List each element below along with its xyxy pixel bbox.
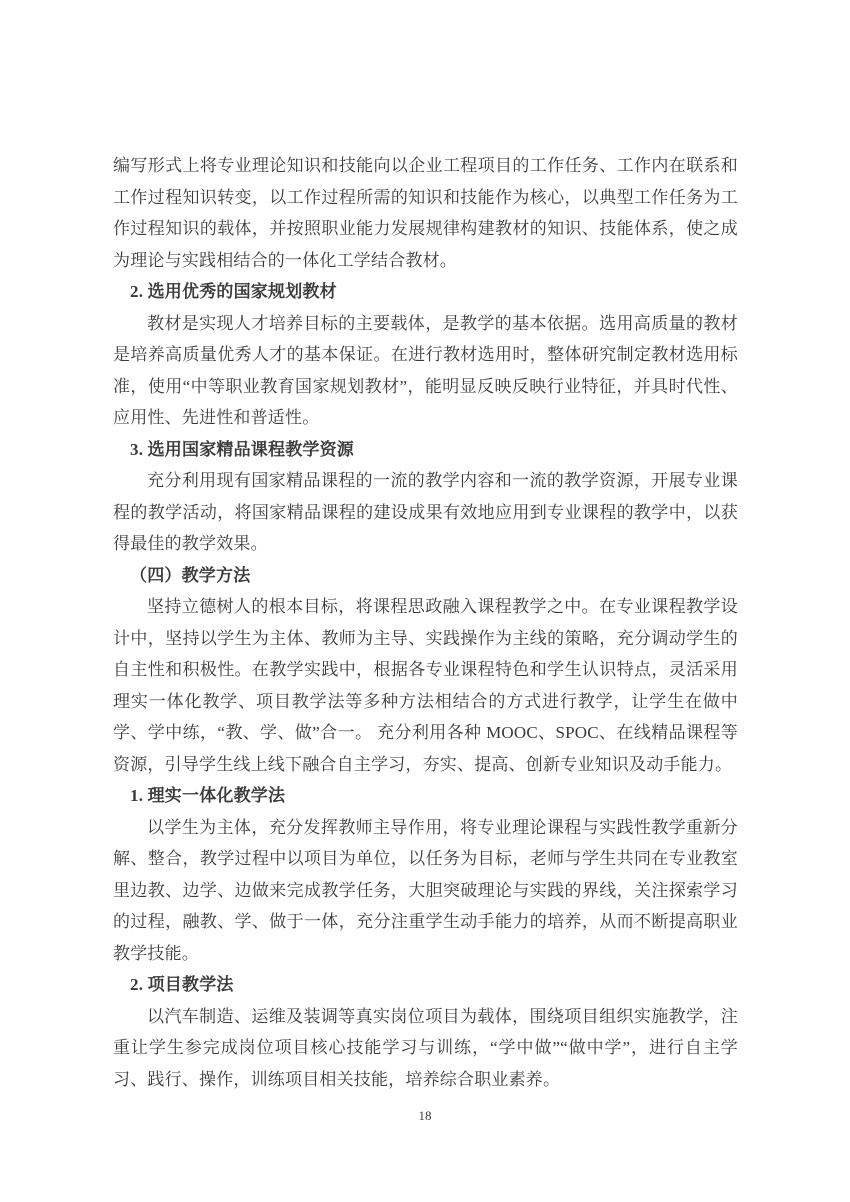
page-footer: 18	[0, 1107, 850, 1125]
document-page: 编写形式上将专业理论知识和技能向以企业工程项目的工作任务、工作内在联系和工作过程…	[0, 0, 850, 1202]
section-heading-teaching-methods: （四）教学方法	[113, 560, 738, 592]
section-heading-national-planned-textbooks: 2. 选用优秀的国家规划教材	[113, 276, 738, 308]
body-paragraph: 教材是实现人才培养目标的主要载体，是教学的基本依据。选用高质量的教材是培养高质量…	[113, 308, 738, 434]
body-paragraph: 充分利用现有国家精品课程的一流的教学内容和一流的教学资源，开展专业课程的教学活动…	[113, 465, 738, 560]
section-heading-theory-practice-integrated-method: 1. 理实一体化教学法	[113, 780, 738, 812]
body-paragraph: 以汽车制造、运维及装调等真实岗位项目为载体，围绕项目组织实施教学，注重让学生参完…	[113, 1001, 738, 1096]
section-heading-project-teaching-method: 2. 项目教学法	[113, 969, 738, 1001]
section-heading-national-quality-course-resources: 3. 选用国家精品课程教学资源	[113, 434, 738, 466]
body-paragraph: 以学生为主体，充分发挥教师主导作用，将专业理论课程与实践性教学重新分解、整合，教…	[113, 812, 738, 970]
body-paragraph: 坚持立德树人的根本目标，将课程思政融入课程教学之中。在专业课程教学设计中，坚持以…	[113, 591, 738, 780]
body-paragraph: 编写形式上将专业理论知识和技能向以企业工程项目的工作任务、工作内在联系和工作过程…	[113, 150, 738, 276]
page-body: 编写形式上将专业理论知识和技能向以企业工程项目的工作任务、工作内在联系和工作过程…	[113, 150, 738, 1095]
page-number: 18	[419, 1108, 432, 1123]
